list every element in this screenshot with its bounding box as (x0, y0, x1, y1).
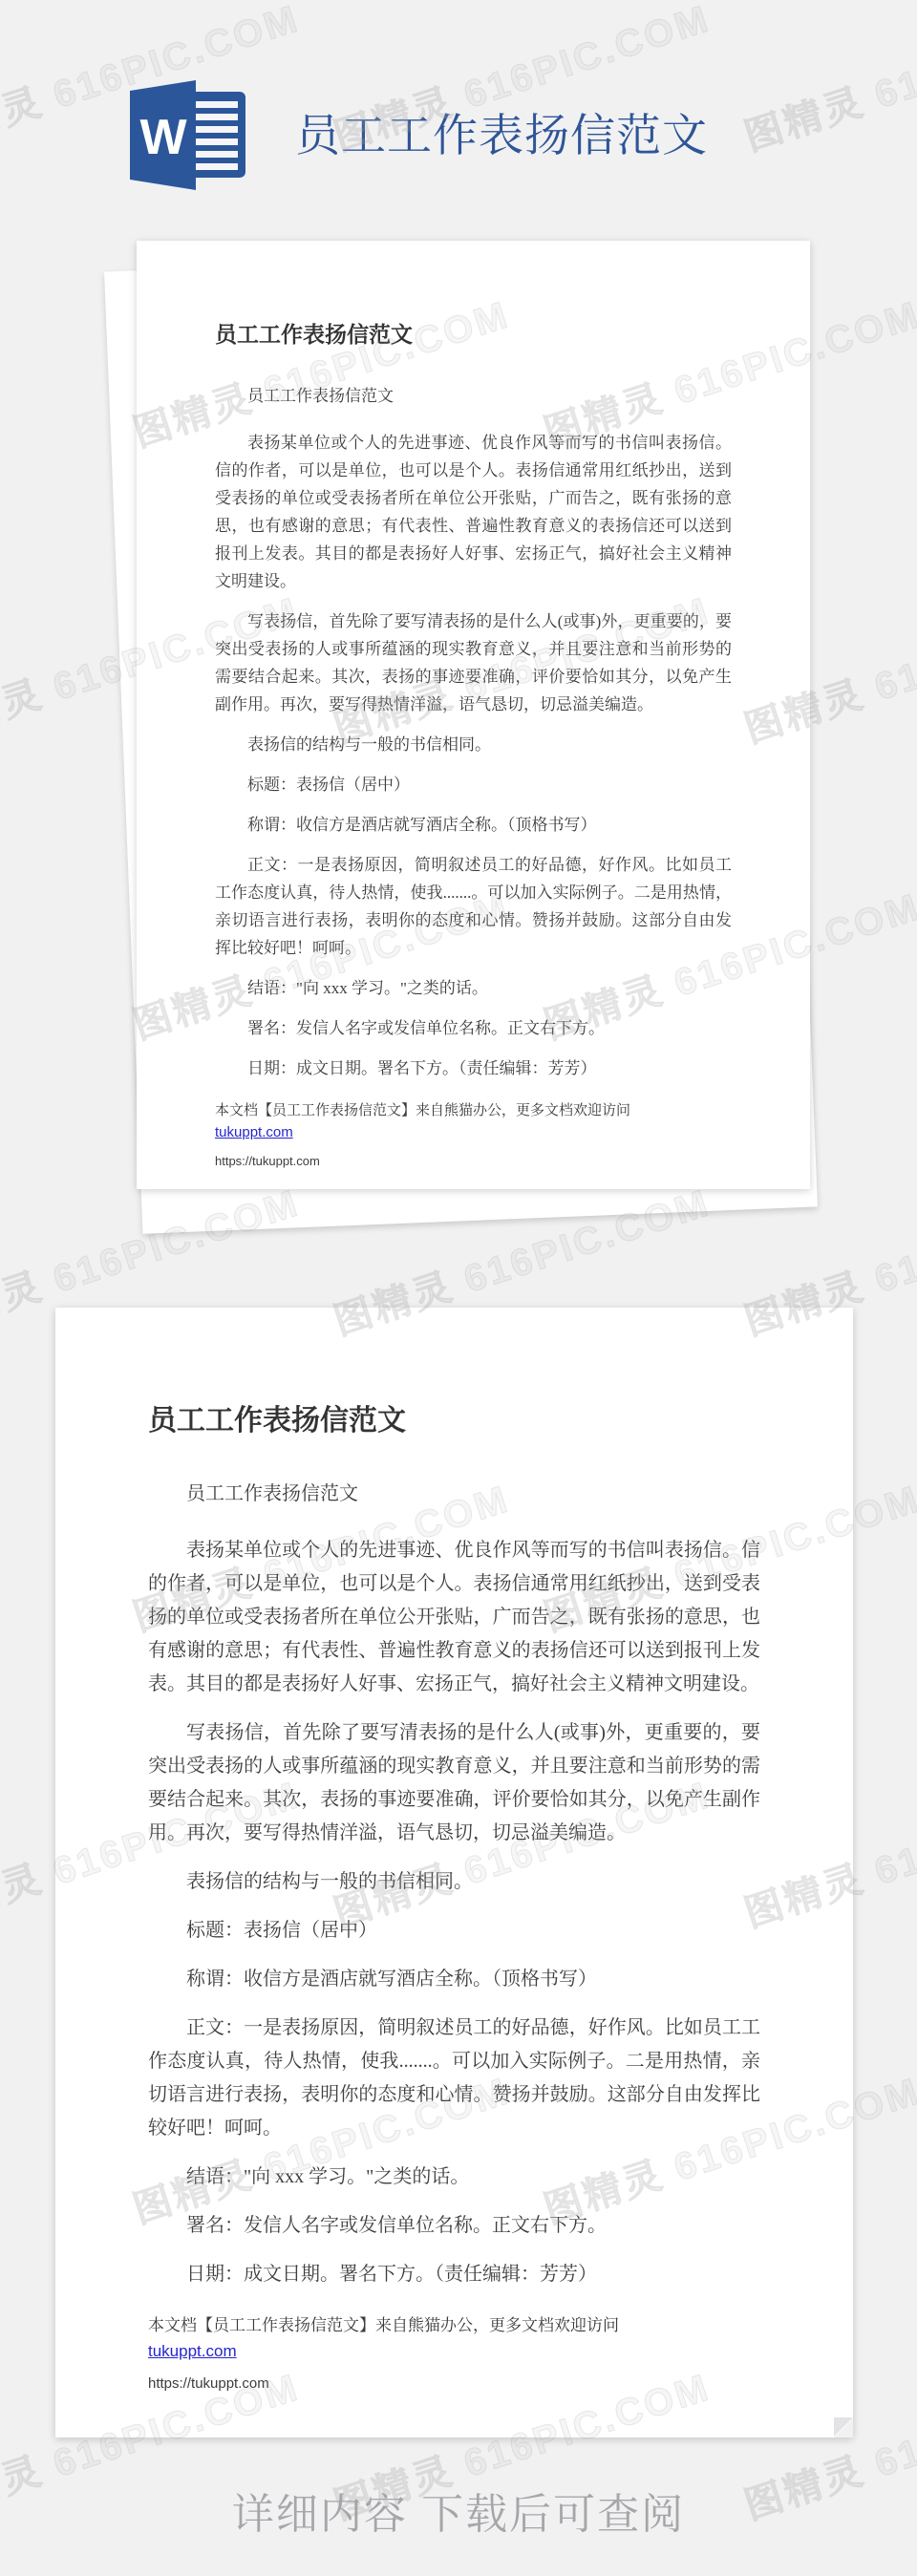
doc-paragraph: 表扬信的结构与一般的书信相同。 (215, 731, 732, 758)
doc-heading: 员工工作表扬信范文 (215, 321, 732, 350)
page-title: 员工工作表扬信范文 (295, 80, 708, 191)
doc-paragraph: 正文：一是表扬原因，简明叙述员工的好品德，好作风。比如员工工作态度认真，待人热情… (215, 851, 732, 962)
document-preview-small: 员工工作表扬信范文 员工工作表扬信范文 表扬某单位或个人的先进事迹、优良作风等而… (137, 241, 810, 1189)
doc-footer-url: https://tukuppt.com (215, 1154, 320, 1168)
doc-paragraph: 署名：发信人名字或发信单位名称。正文右下方。 (215, 1014, 732, 1042)
doc-paragraph: 标题：表扬信（居中） (148, 1914, 760, 1948)
doc-paragraph: 表扬某单位或个人的先进事迹、优良作风等而写的书信叫表扬信。信的作者，可以是单位，… (148, 1534, 760, 1701)
doc-paragraph: 结语："向 xxx 学习。"之类的话。 (148, 2161, 760, 2194)
doc-footer-url: https://tukuppt.com (148, 2375, 269, 2392)
doc-paragraph: 表扬信的结构与一般的书信相同。 (148, 1865, 760, 1899)
doc-paragraph: 表扬某单位或个人的先进事迹、优良作风等而写的书信叫表扬信。信的作者，可以是单位，… (215, 429, 732, 595)
word-icon-letter: W (139, 110, 187, 165)
doc-paragraph: 称谓：收信方是酒店就写酒店全称。（顶格书写） (215, 811, 732, 839)
page-canvas: 图精灵 616PIC.COM图精灵 616PIC.COM图精灵 616PIC.C… (0, 0, 917, 2576)
doc-paragraph: 日期：成文日期。署名下方。（责任编辑：芳芳） (148, 2258, 760, 2291)
document-preview-large: 员工工作表扬信范文 员工工作表扬信范文 表扬某单位或个人的先进事迹、优良作风等而… (55, 1308, 853, 2438)
word-icon: W (127, 80, 245, 191)
page-corner-fold (834, 2418, 853, 2438)
doc-paragraph: 标题：表扬信（居中） (215, 771, 732, 798)
doc-paragraph: 正文：一是表扬原因，简明叙述员工的好品德，好作风。比如员工工作态度认真，待人热情… (148, 2012, 760, 2145)
page-header: W 员工工作表扬信范文 (127, 80, 708, 191)
doc-paragraph: 写表扬信，首先除了要写清表扬的是什么人(或事)外，更重要的，要突出受表扬的人或事… (148, 1716, 760, 1850)
doc-subheading: 员工工作表扬信范文 (148, 1478, 760, 1511)
doc-paragraph: 署名：发信人名字或发信单位名称。正文右下方。 (148, 2209, 760, 2243)
doc-source-note: 本文档【员工工作表扬信范文】来自熊猫办公，更多文档欢迎访问 (215, 1099, 732, 1122)
doc-paragraph: 结语："向 xxx 学习。"之类的话。 (215, 974, 732, 1002)
word-document-page: 员工工作表扬信范文 员工工作表扬信范文 表扬某单位或个人的先进事迹、优良作风等而… (137, 241, 810, 1189)
tukuppt-link[interactable]: tukuppt.com (215, 1122, 293, 1143)
doc-source-note: 本文档【员工工作表扬信范文】来自熊猫办公，更多文档欢迎访问 (148, 2312, 760, 2339)
doc-paragraph: 称谓：收信方是酒店就写酒店全称。（顶格书写） (148, 1963, 760, 1996)
footer-hint: 详细内容 下载后可查阅 (0, 2480, 917, 2541)
word-document-page: 员工工作表扬信范文 员工工作表扬信范文 表扬某单位或个人的先进事迹、优良作风等而… (55, 1308, 853, 2438)
watermark-text: 图精灵 616PIC.COM (736, 0, 917, 161)
doc-subheading: 员工工作表扬信范文 (215, 382, 732, 410)
doc-paragraph: 日期：成文日期。署名下方。（责任编辑：芳芳） (215, 1054, 732, 1082)
doc-heading: 员工工作表扬信范文 (148, 1403, 760, 1439)
tukuppt-link[interactable]: tukuppt.com (148, 2339, 237, 2364)
doc-paragraph: 写表扬信，首先除了要写清表扬的是什么人(或事)外，更重要的，要突出受表扬的人或事… (215, 607, 732, 718)
